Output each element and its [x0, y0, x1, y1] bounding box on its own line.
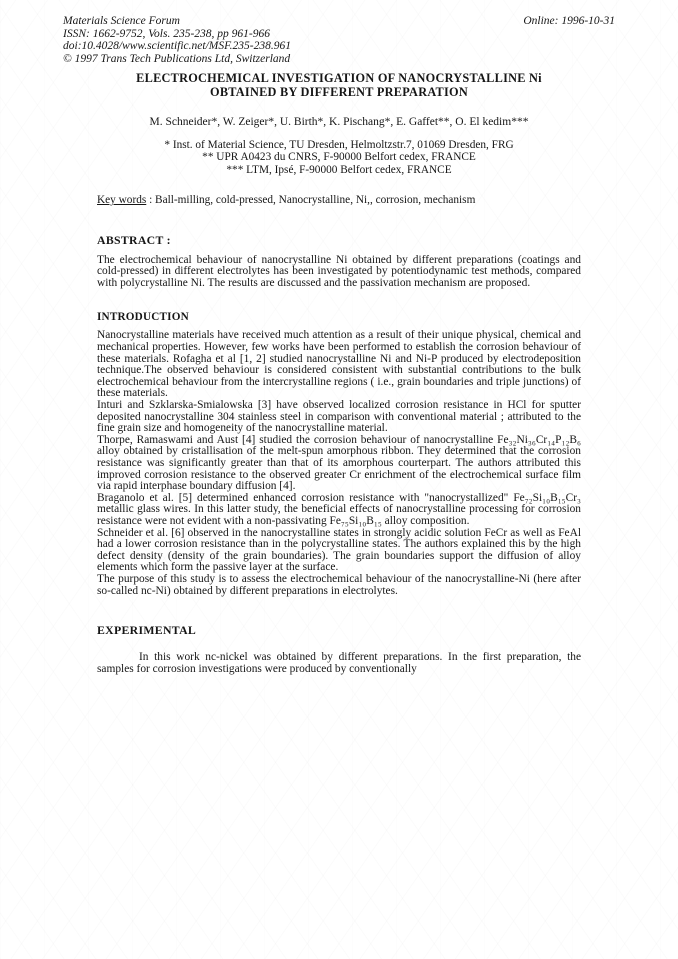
journal-header: Materials Science Forum ISSN: 1662-9752,… [0, 0, 678, 65]
experimental-heading: EXPERIMENTAL [97, 623, 581, 638]
keywords-line: Key words : Ball-milling, cold-pressed, … [97, 194, 581, 207]
affiliation-2: ** UPR A0423 du CNRS, F-90000 Belfort ce… [97, 151, 581, 163]
paper-title-line1: ELECTROCHEMICAL INVESTIGATION OF NANOCRY… [136, 71, 542, 85]
paper-title: ELECTROCHEMICAL INVESTIGATION OF NANOCRY… [97, 72, 581, 100]
journal-header-left: Materials Science Forum ISSN: 1662-9752,… [63, 15, 291, 65]
affiliation-3: *** LTM, Ipsé, F-90000 Belfort cedex, FR… [97, 164, 581, 176]
paper-title-line2: OBTAINED BY DIFFERENT PREPARATION [210, 85, 468, 99]
affiliation-1: * Inst. of Material Science, TU Dresden,… [97, 139, 581, 151]
doi-line: doi:10.4028/www.scientific.net/MSF.235-2… [63, 40, 291, 53]
introduction-paragraph: The purpose of this study is to assess t… [97, 574, 581, 597]
affiliation-list: * Inst. of Material Science, TU Dresden,… [97, 139, 581, 176]
abstract-body: The electrochemical behaviour of nanocry… [97, 255, 581, 290]
introduction-heading: INTRODUCTION [97, 311, 581, 323]
online-date: Online: 1996-10-31 [523, 15, 615, 28]
keywords-label: Key words [97, 194, 146, 206]
introduction-paragraph: Inturi and Szklarska-Smialowska [3] have… [97, 400, 581, 435]
experimental-body: In this work nc-nickel was obtained by d… [97, 652, 581, 675]
author-list: M. Schneider*, W. Zeiger*, U. Birth*, K.… [97, 116, 581, 129]
issn-line: ISSN: 1662-9752, Vols. 235-238, pp 961-9… [63, 28, 291, 41]
introduction-paragraph: Schneider et al. [6] observed in the nan… [97, 528, 581, 574]
paper-page: Materials Science Forum ISSN: 1662-9752,… [0, 0, 678, 959]
abstract-heading: ABSTRACT : [97, 233, 581, 248]
introduction-paragraph: Braganolo et al. [5] determined enhanced… [97, 493, 581, 528]
paper-content: ELECTROCHEMICAL INVESTIGATION OF NANOCRY… [97, 72, 581, 675]
introduction-paragraph: Nanocrystalline materials have received … [97, 330, 581, 400]
introduction-paragraph: Thorpe, Ramaswami and Aust [4] studied t… [97, 435, 581, 493]
journal-name: Materials Science Forum [63, 15, 291, 28]
keywords-text: : Ball-milling, cold-pressed, Nanocrysta… [146, 194, 475, 206]
copyright-line: © 1997 Trans Tech Publications Ltd, Swit… [63, 53, 291, 66]
